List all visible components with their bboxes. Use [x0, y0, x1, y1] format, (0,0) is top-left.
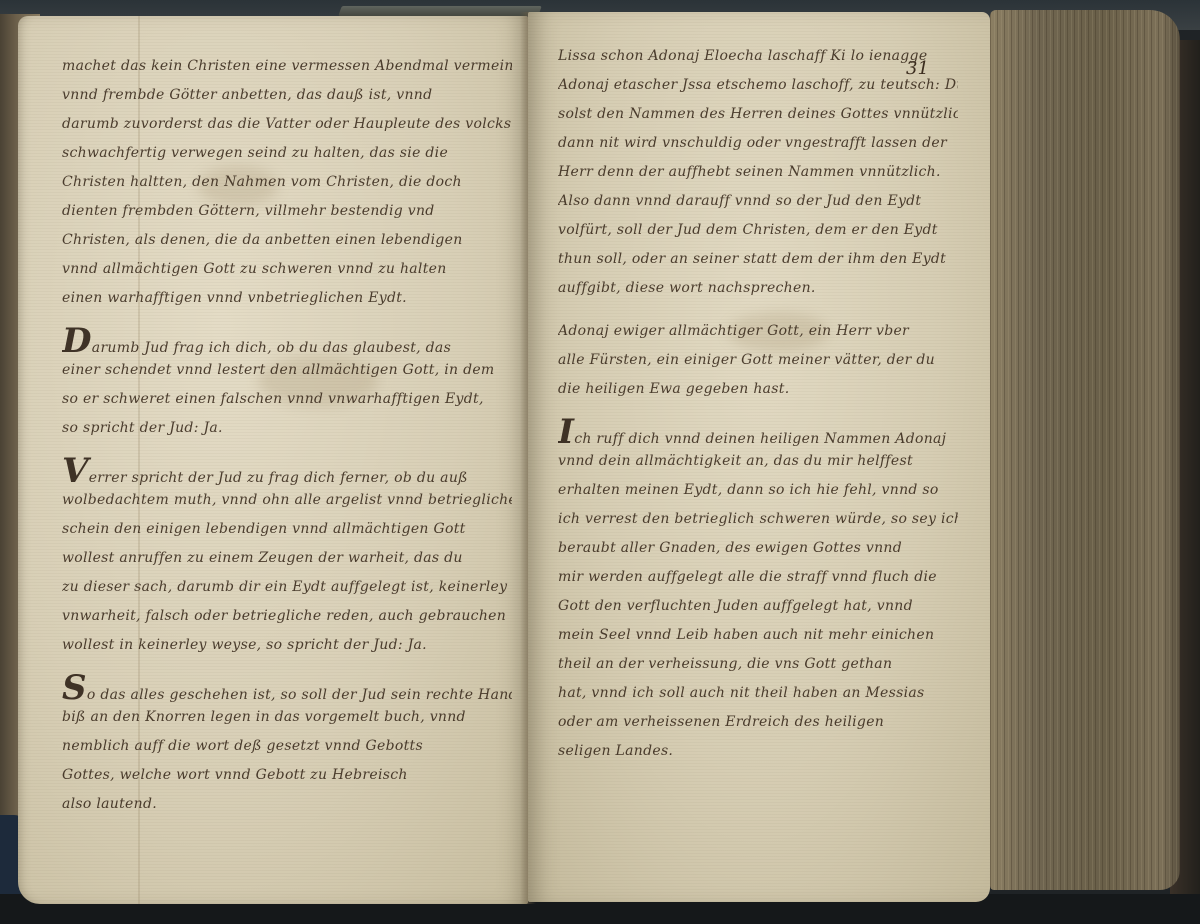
manuscript-line: schein den einigen lebendigen vnnd allmä… [62, 515, 512, 544]
manuscript-line: Christen, als denen, die da anbetten ein… [62, 226, 512, 255]
manuscript-line: ich verrest den betrieglich schweren wür… [558, 505, 958, 534]
manuscript-line: vnnd allmächtigen Gott zu schweren vnnd … [62, 255, 512, 284]
manuscript-line: Gott den verfluchten Juden auffgelegt ha… [558, 592, 958, 621]
manuscript-line: schwachfertig verwegen seind zu halten, … [62, 139, 512, 168]
manuscript-line: hat, vnnd ich soll auch nit theil haben … [558, 679, 958, 708]
manuscript-line: Also dann vnnd darauff vnnd so der Jud d… [558, 187, 958, 216]
manuscript-line: auffgibt, diese wort nachsprechen. [558, 274, 958, 303]
manuscript-line: mir werden auffgelegt alle die straff vn… [558, 563, 958, 592]
manuscript-line: also lautend. [62, 790, 512, 819]
manuscript-line: Ich ruff dich vnnd deinen heiligen Namme… [558, 418, 958, 447]
manuscript-line: Verrer spricht der Jud zu frag dich fern… [62, 457, 512, 486]
manuscript-line: Adonaj ewiger allmächtiger Gott, ein Her… [558, 317, 958, 346]
manuscript-line: So das alles geschehen ist, so soll der … [62, 674, 512, 703]
manuscript-line: wollest anruffen zu einem Zeugen der war… [62, 544, 512, 573]
manuscript-line: nemblich auff die wort deß gesetzt vnnd … [62, 732, 512, 761]
paragraph-gap [62, 313, 512, 327]
manuscript-line: alle Fürsten, ein einiger Gott meiner vä… [558, 346, 958, 375]
left-page-text: machet das kein Christen eine vermessen … [62, 52, 512, 819]
manuscript-line: die heiligen Ewa gegeben hast. [558, 375, 958, 404]
manuscript-line: vnwarheit, falsch oder betriegliche rede… [62, 602, 512, 631]
manuscript-line: vnnd frembde Götter anbetten, das dauß i… [62, 81, 512, 110]
manuscript-line: wolbedachtem muth, vnnd ohn alle argelis… [62, 486, 512, 515]
manuscript-line: Herr denn der auffhebt seinen Nammen vnn… [558, 158, 958, 187]
manuscript-line: thun soll, oder an seiner statt dem der … [558, 245, 958, 274]
manuscript-line: vnnd dein allmächtigkeit an, das du mir … [558, 447, 958, 476]
manuscript-line: machet das kein Christen eine vermessen … [62, 52, 512, 81]
manuscript-line: theil an der verheissung, die vns Gott g… [558, 650, 958, 679]
manuscript-line: Gottes, welche wort vnnd Gebott zu Hebre… [62, 761, 512, 790]
manuscript-line: so spricht der Jud: Ja. [62, 414, 512, 443]
manuscript-line: einer schendet vnnd lestert den allmächt… [62, 356, 512, 385]
fore-edge-pages [990, 10, 1180, 890]
paragraph-gap [558, 404, 958, 418]
left-page: machet das kein Christen eine vermessen … [18, 16, 528, 904]
manuscript-line: zu dieser sach, darumb dir ein Eydt auff… [62, 573, 512, 602]
manuscript-line: so er schweret einen falschen vnnd vnwar… [62, 385, 512, 414]
manuscript-line: wollest in keinerley weyse, so spricht d… [62, 631, 512, 660]
manuscript-line: Darumb Jud frag ich dich, ob du das glau… [62, 327, 512, 356]
manuscript-line: seligen Landes. [558, 737, 958, 766]
book-clasp [338, 6, 542, 16]
manuscript-line: dann nit wird vnschuldig oder vngestraff… [558, 129, 958, 158]
manuscript-line: biß an den Knorren legen in das vorgemel… [62, 703, 512, 732]
manuscript-line: Christen haltten, den Nahmen vom Christe… [62, 168, 512, 197]
manuscript-line: Adonaj etascher Jssa etschemo laschoff, … [558, 71, 958, 100]
right-page: 31 Lissa schon Adonaj Eloecha laschaff K… [528, 12, 990, 902]
manuscript-line: darumb zuvorderst das die Vatter oder Ha… [62, 110, 512, 139]
paragraph-gap [558, 303, 958, 317]
paragraph-gap [62, 443, 512, 457]
manuscript-line: oder am verheissenen Erdreich des heilig… [558, 708, 958, 737]
right-page-text: Lissa schon Adonaj Eloecha laschaff Ki l… [558, 42, 958, 766]
manuscript-line: erhalten meinen Eydt, dann so ich hie fe… [558, 476, 958, 505]
paragraph-gap [62, 660, 512, 674]
manuscript-line: volfürt, soll der Jud dem Christen, dem … [558, 216, 958, 245]
manuscript-line: mein Seel vnnd Leib haben auch nit mehr … [558, 621, 958, 650]
manuscript-line: Lissa schon Adonaj Eloecha laschaff Ki l… [558, 42, 958, 71]
manuscript-line: solst den Nammen des Herren deines Gotte… [558, 100, 958, 129]
manuscript-line: beraubt aller Gnaden, des ewigen Gottes … [558, 534, 958, 563]
manuscript-line: einen warhafftigen vnnd vnbetrieglichen … [62, 284, 512, 313]
manuscript-line: dienten frembden Göttern, villmehr beste… [62, 197, 512, 226]
